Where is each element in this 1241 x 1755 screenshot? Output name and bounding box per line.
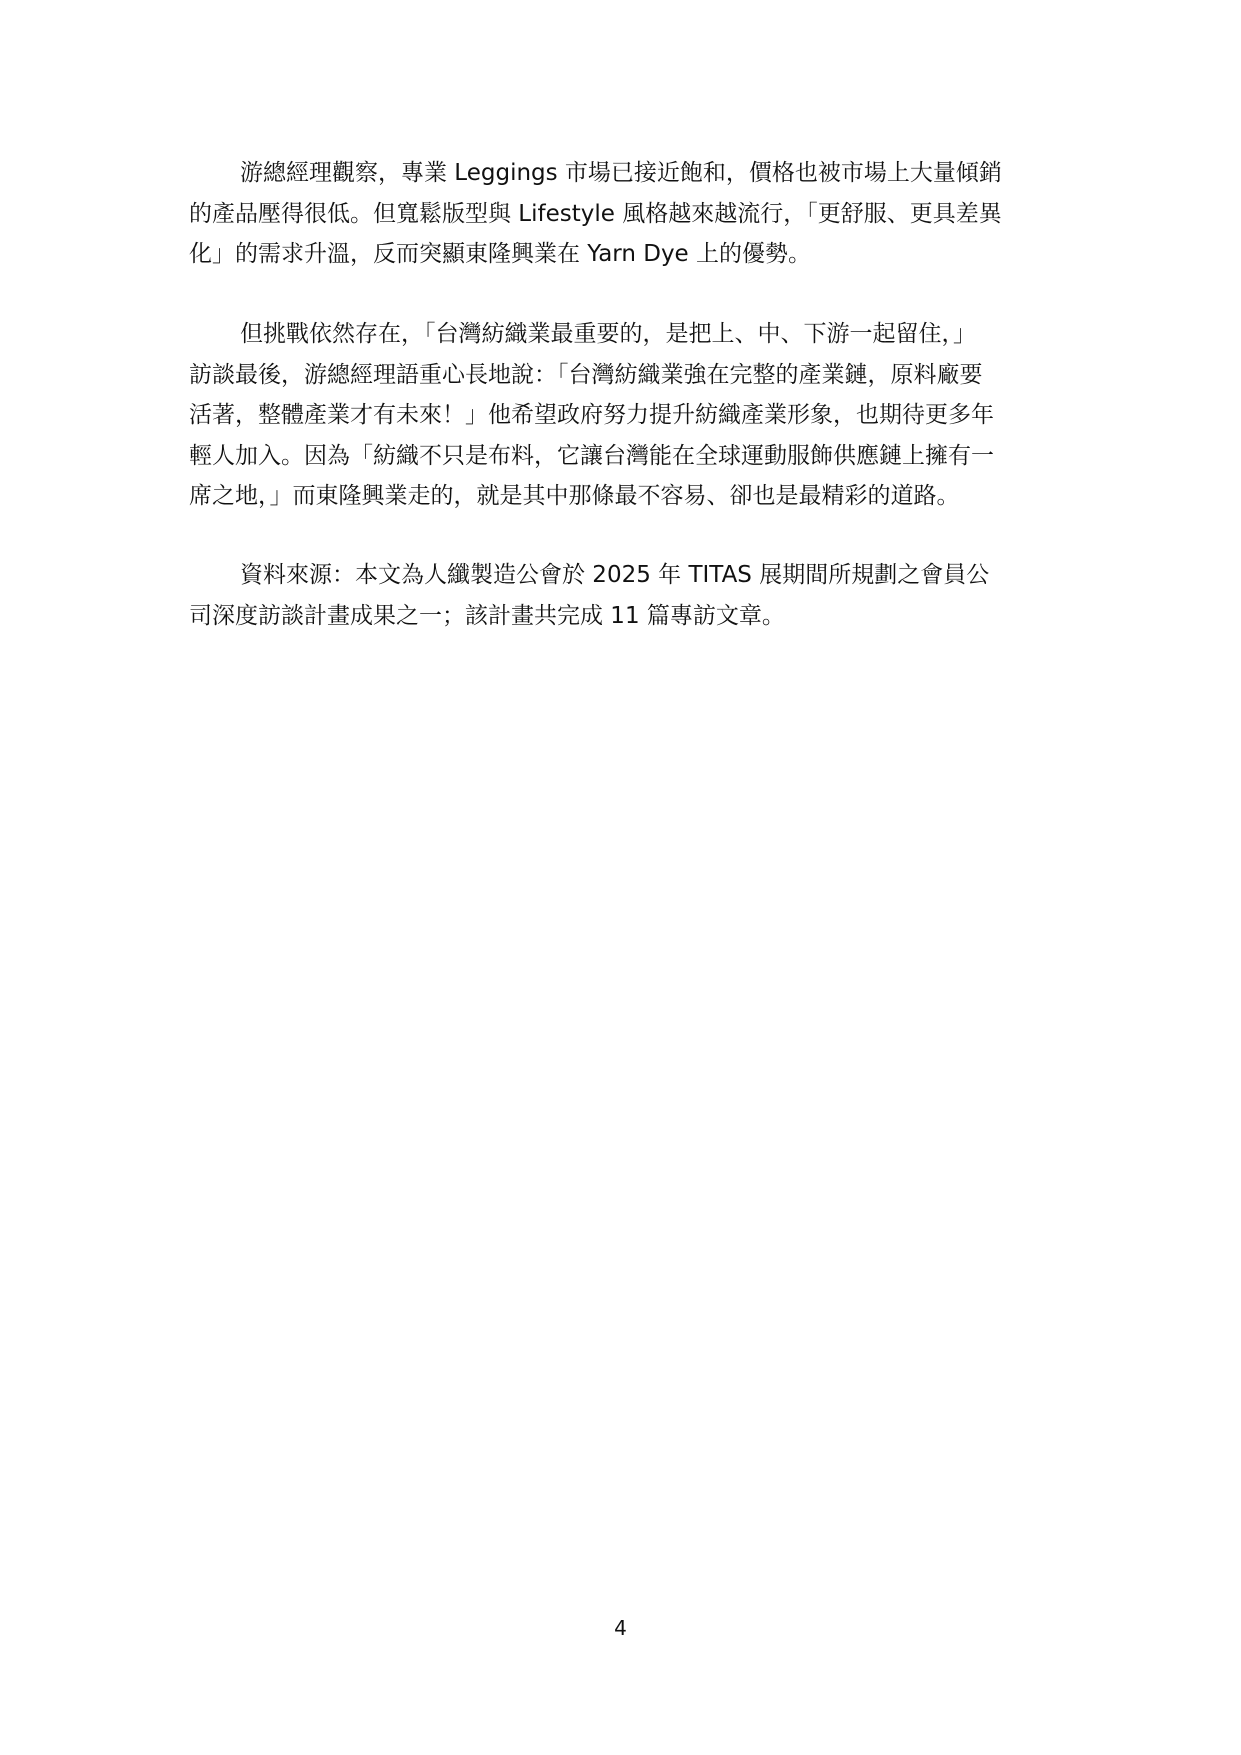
text-line: 訪談最後，游總經理語重心長地說：「台灣紡織業強在完整的產業鏈，原料廠要	[189, 355, 1051, 396]
text-line: 的產品壓得很低。但寬鬆版型與 Lifestyle 風格越來越流行，「更舒服、更具…	[189, 194, 1051, 235]
paragraph-source-note: 資料來源：本文為人纖製造公會於 2025 年 TITAS 展期間所規劃之會員公 …	[189, 555, 1051, 636]
paragraph-industry-challenge: 但挑戰依然存在，「台灣紡織業最重要的，是把上、中、下游一起留住，」 訪談最後，游…	[189, 314, 1051, 517]
text-line: 資料來源：本文為人纖製造公會於 2025 年 TITAS 展期間所規劃之會員公	[189, 555, 1051, 596]
page-number: 4	[0, 1616, 1241, 1640]
text-line: 游總經理觀察，專業 Leggings 市場已接近飽和，價格也被市場上大量傾銷	[189, 153, 1051, 194]
text-line: 但挑戰依然存在，「台灣紡織業最重要的，是把上、中、下游一起留住，」	[189, 314, 1051, 355]
text-line: 席之地，」而東隆興業走的，就是其中那條最不容易、卻也是最精彩的道路。	[189, 476, 1051, 517]
paragraph-market-observation: 游總經理觀察，專業 Leggings 市場已接近飽和，價格也被市場上大量傾銷 的…	[189, 153, 1051, 275]
text-line: 輕人加入。因為「紡織不只是布料，它讓台灣能在全球運動服飾供應鏈上擁有一	[189, 436, 1051, 477]
document-page: 游總經理觀察，專業 Leggings 市場已接近飽和，價格也被市場上大量傾銷 的…	[0, 0, 1241, 1755]
text-line: 司深度訪談計畫成果之一；該計畫共完成 11 篇專訪文章。	[189, 596, 1051, 637]
text-line: 活著，整體產業才有未來！」他希望政府努力提升紡織產業形象，也期待更多年	[189, 395, 1051, 436]
text-line: 化」的需求升溫，反而突顯東隆興業在 Yarn Dye 上的優勢。	[189, 234, 1051, 275]
